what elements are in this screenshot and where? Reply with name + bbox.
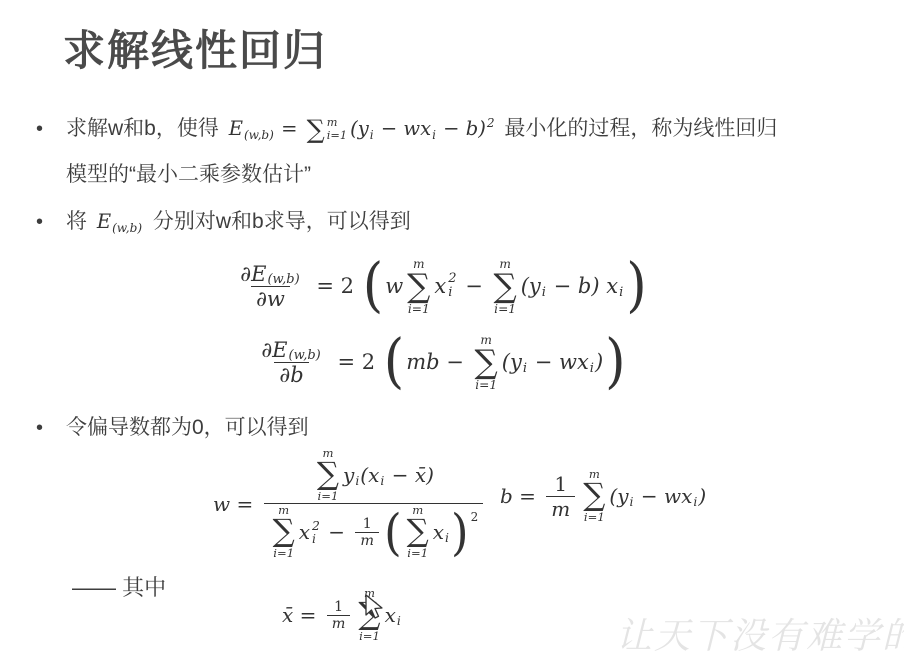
bullet-item-3: • 令偏导数都为0，可以得到 [36,405,309,451]
formula-w-solution: w = m∑i=1yi(xi − x̄)m∑i=1x2i − 1m(m∑i=1x… [213,447,487,560]
page-title: 求解线性回归 [63,18,327,78]
formula-b-solution: b = 1mm∑i=1(yi − wxi) [500,468,706,524]
bullet3-text: 令偏导数都为0，可以得到 [66,405,309,451]
bullet1-text-post: 最小化的过程，称为线性回归 [504,117,777,140]
slide: 求解线性回归 • 求解w和b，使得 E(w,b) = ∑mi=1(yi − wx… [0,0,904,655]
formula-e-definition: E(w,b) = ∑mi=1(yi − wxi − b)2 [229,106,495,152]
bullet2-text-pre: 将 [66,210,87,233]
where-label: —— 其中 [72,571,166,602]
formula-partial-derivative-w: ∂E(w,b)∂w = 2 (wm∑i=1x2i − m∑i=1(yi − b)… [0,257,892,316]
bullet-marker: • [36,199,66,245]
mouse-cursor-icon [363,593,387,621]
formula-e-inline: E(w,b) [97,199,143,245]
bullet1-text-pre: 求解w和b，使得 [66,117,219,140]
bullet-item-2: • 将 E(w,b) 分别对w和b求导，可以得到 [36,199,411,245]
bullet-marker: • [36,405,66,451]
bullet2-line: 将 E(w,b) 分别对w和b求导，可以得到 [66,199,411,245]
watermark-text: 让天下没有难学的技 [616,608,904,655]
bullet2-text-post: 分别对w和b求导，可以得到 [153,210,411,233]
bullet-marker: • [36,106,66,152]
bullet1-line2: 模型的“最小二乘参数估计” [66,152,777,198]
formula-partial-derivative-b: ∂E(w,b)∂b = 2 (mb − m∑i=1(yi − wxi)) [0,333,892,392]
bullet1-line1: 求解w和b，使得 E(w,b) = ∑mi=1(yi − wxi − b)2 最… [66,106,777,152]
bullet-item-1: • 求解w和b，使得 E(w,b) = ∑mi=1(yi − wxi − b)2… [36,106,777,198]
